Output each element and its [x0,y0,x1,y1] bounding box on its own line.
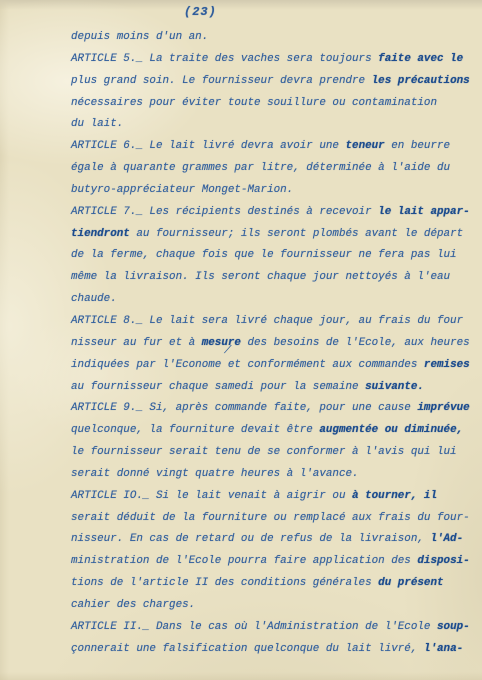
typed-correction-mark: / [223,345,231,357]
text-line: égale à quarante grammes par litre, déte… [71,158,479,180]
text-line: ministration de l'Ecole pourra faire app… [71,551,479,573]
page-number: (23) [184,5,217,19]
text-line: butyro-appréciateur Monget-Marion. [71,180,479,202]
text-line: serait déduit de la fourniture ou rempla… [71,508,479,530]
text-line: ARTICLE 8._ Le lait sera livré chaque jo… [71,311,479,333]
text-line: ARTICLE II._ Dans le cas où l'Administra… [71,617,479,639]
text-line: cahier des charges. [71,595,479,617]
typewritten-text: depuis moins d'un an.ARTICLE 5._ La trai… [71,27,479,660]
text-line: plus grand soin. Le fournisseur devra pr… [71,71,479,93]
text-line: depuis moins d'un an. [71,27,479,49]
text-line: nisseur. En cas de retard ou de refus de… [71,529,479,551]
text-line: au fournisseur chaque samedi pour la sem… [71,377,479,399]
text-line: ARTICLE 7._ Les récipients destinés à re… [71,202,479,224]
text-line: ARTICLE 5._ La traite des vaches sera to… [71,49,479,71]
document-page: (23) depuis moins d'un an.ARTICLE 5._ La… [0,0,482,680]
text-line: indiquées par l'Econome et conformément … [71,355,479,377]
text-line: tiendront au fournisseur; ils seront plo… [71,224,479,246]
text-line: ARTICLE IO._ Si le lait venait à aigrir … [71,486,479,508]
text-line: chaude. [71,289,479,311]
text-line: le fournisseur serait tenu de se conform… [71,442,479,464]
text-line: çonnerait une falsification quelconque d… [71,639,479,661]
text-line: même la livraison. Ils seront chaque jou… [71,267,479,289]
text-line: de la ferme, chaque fois que le fourniss… [71,245,479,267]
text-line: ARTICLE 6._ Le lait livré devra avoir un… [71,136,479,158]
text-line: serait donné vingt quatre heures à l'ava… [71,464,479,486]
text-line: nisseur au fur et à mesure des besoins d… [71,333,479,355]
text-line: quelconque, la fourniture devait être au… [71,420,479,442]
text-line: du lait. [71,114,479,136]
text-line: tions de l'article II des conditions gén… [71,573,479,595]
text-line: nécessaires pour éviter toute souillure … [71,93,479,115]
text-line: ARTICLE 9._ Si, après commande faite, po… [71,398,479,420]
